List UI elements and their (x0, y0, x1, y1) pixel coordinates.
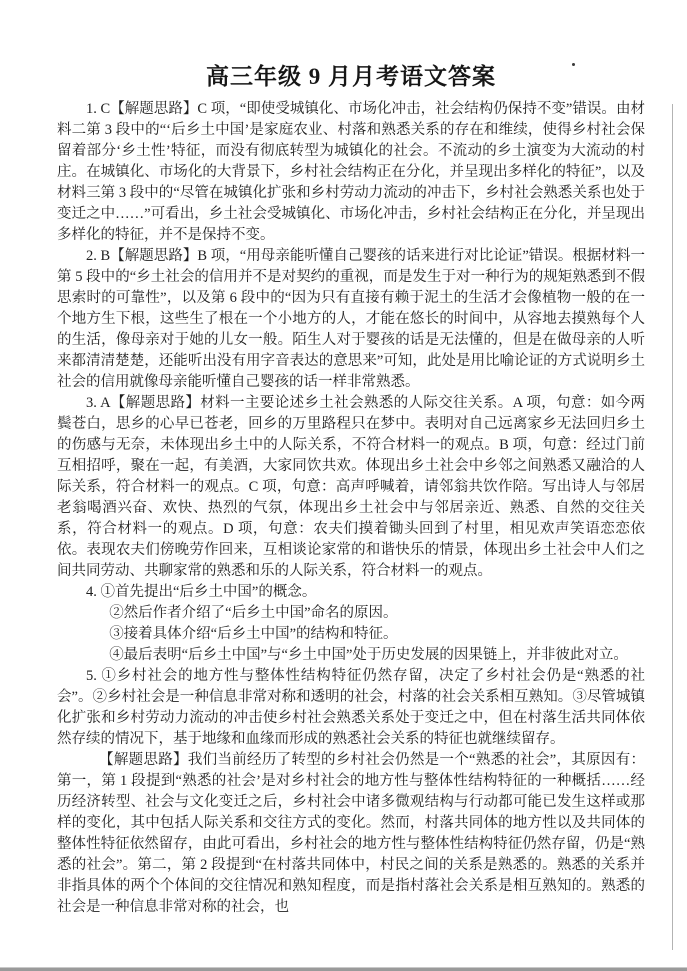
answer-4-point-2: ②然后作者介绍了“后乡土中国”命名的原因。 (109, 603, 645, 624)
answer-5: 5. ①乡村社会的地方性与整体性结构特征仍然存留，决定了乡村社会仍是“熟悉的社会… (57, 666, 645, 750)
page-right-edge-line (672, 104, 673, 950)
page-title: 高三年级 9 月月考语文答案 (57, 58, 645, 91)
answer-5-explanation: 【解题思路】我们当前经历了转型的乡村社会仍然是一个“熟悉的社会”，其原因有：第一… (57, 750, 645, 918)
scan-artifact-dot (572, 63, 575, 66)
answer-1: 1. C【解题思路】C 项，“即使受城镇化、市场化冲击，社会结构仍保持不变”错误… (57, 99, 645, 246)
answer-3: 3. A【解题思路】材料一主要论述乡土社会熟悉的人际交往关系。A 项，句意：如今… (57, 393, 645, 582)
answer-4-point-4: ④最后表明“后乡土中国”与“乡土中国”处于历史发展的因果链上，并非彼此对立。 (109, 645, 645, 666)
document-page: 高三年级 9 月月考语文答案 1. C【解题思路】C 项，“即使受城镇化、市场化… (0, 0, 687, 971)
answer-4: 4. ①首先提出“后乡土中国”的概念。 ②然后作者介绍了“后乡土中国”命名的原因… (57, 582, 645, 666)
answer-4-point-3: ③接着具体介绍“后乡土中国”的结构和特征。 (109, 624, 645, 645)
answer-2: 2. B【解题思路】B 项，“用母亲能听懂自己婴孩的话来进行对比论证”错误。根据… (57, 246, 645, 393)
answer-4-point-1: 4. ①首先提出“后乡土中国”的概念。 (57, 582, 645, 603)
answers-body: 1. C【解题思路】C 项，“即使受城镇化、市场化冲击，社会结构仍保持不变”错误… (57, 99, 645, 918)
page-bottom-border (0, 967, 687, 971)
